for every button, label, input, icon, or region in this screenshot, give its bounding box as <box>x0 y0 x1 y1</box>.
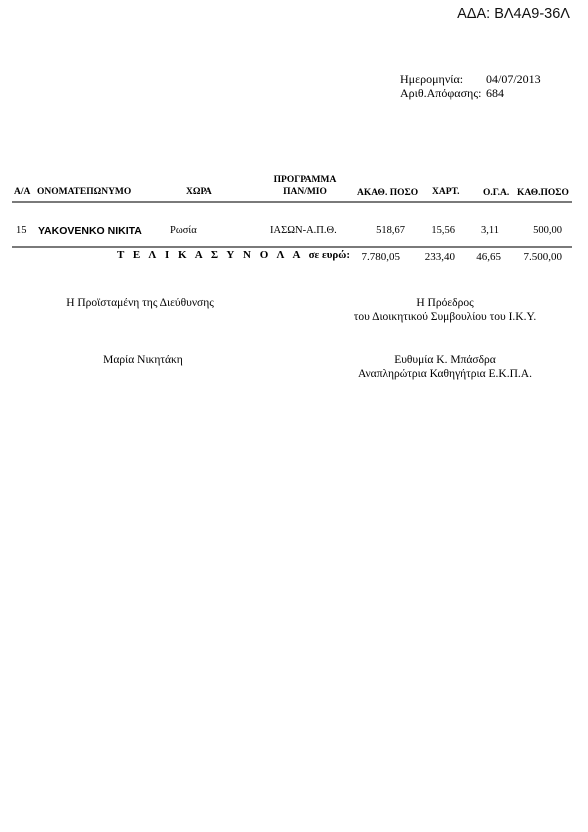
row-name: YAKOVENKO NIKITA <box>38 225 142 237</box>
row-net: 500,00 <box>505 225 562 236</box>
right-signatory-title-line1: Η Πρόεδρος <box>335 296 555 310</box>
decision-number-label: Αριθ.Απόφασης: <box>400 86 481 100</box>
row-oga: 3,11 <box>460 225 499 236</box>
row-program: ΙΑΣΩΝ-Α.Π.Θ. <box>270 225 337 236</box>
ada-code: ΑΔΑ: ΒΛ4Α9-36Λ <box>457 6 570 22</box>
decision-number-value: 684 <box>486 86 504 100</box>
col-program-line1: ΠΡΟΓΡΑΜΜΑ <box>262 175 348 185</box>
row-stamp: 15,56 <box>410 225 455 236</box>
totals-label-text: Τ Ε Λ Ι Κ Α Σ Υ Ν Ο Λ Α <box>117 249 303 261</box>
right-signatory-title-line2: του Διοικητικού Συμβουλίου του Ι.Κ.Υ. <box>335 310 555 324</box>
header-divider <box>12 201 572 203</box>
col-net: ΚΑΘ.ΠΟΣΟ <box>517 188 569 198</box>
total-stamp: 233,40 <box>405 251 455 263</box>
right-signatory-position: Αναπληρώτρια Καθηγήτρια Ε.Κ.Π.Α. <box>335 367 555 381</box>
row-country: Ρωσία <box>170 225 197 236</box>
left-signatory-title: Η Προϊσταμένη της Διεύθυνσης <box>40 296 240 310</box>
col-name: ΟΝΟΜΑΤΕΠΩΝΥΜΟ <box>37 187 131 197</box>
col-aa: Α/Α <box>14 187 30 197</box>
col-program-line2: ΠΑΝ/ΜΙΟ <box>262 187 348 197</box>
date-label: Ημερομηνία: <box>400 72 463 86</box>
col-country: ΧΩΡΑ <box>186 187 212 197</box>
right-signatory-name: Ευθυμία Κ. Μπάσδρα <box>335 353 555 367</box>
totals-divider <box>12 246 572 248</box>
total-oga: 46,65 <box>460 251 501 263</box>
total-gross: 7.780,05 <box>340 251 400 263</box>
totals-label: Τ Ε Λ Ι Κ Α Σ Υ Ν Ο Λ Α σε ευρώ: <box>117 249 350 261</box>
date-value: 04/07/2013 <box>486 72 541 86</box>
col-gross: ΑΚΑΘ. ΠΟΣΟ <box>357 188 418 198</box>
left-signatory-name: Μαρία Νικητάκη <box>40 353 246 367</box>
col-stamp: ΧΑΡΤ. <box>432 187 460 197</box>
row-aa: 15 <box>16 225 27 236</box>
total-net: 7.500,00 <box>505 251 562 263</box>
col-oga: Ο.Γ.Α. <box>483 188 509 198</box>
row-gross: 518,67 <box>340 225 405 236</box>
